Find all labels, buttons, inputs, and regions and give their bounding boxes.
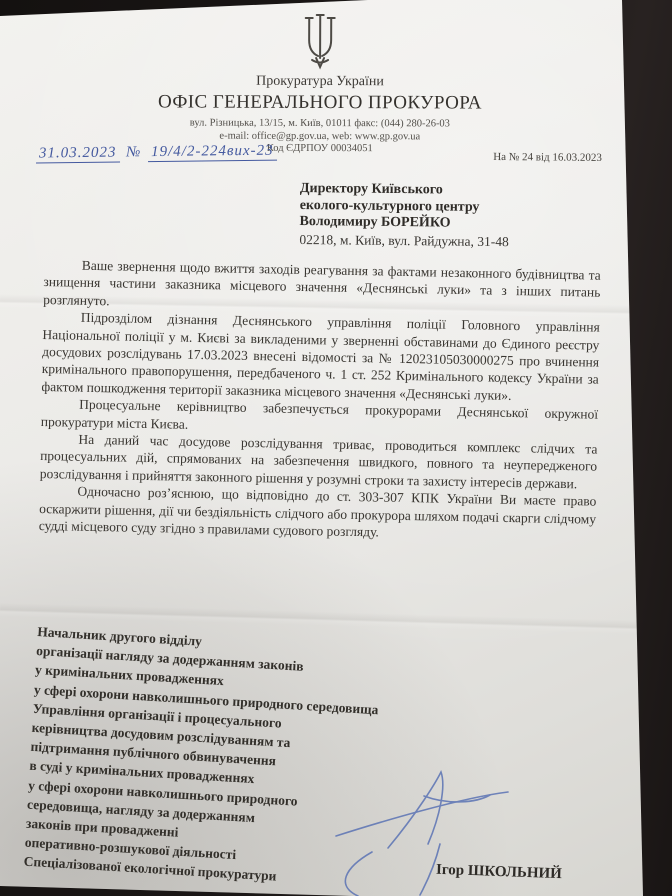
photo-of-letter: Прокуратура України ОФІС ГЕНЕРАЛЬНОГО ПР… [0, 0, 672, 896]
recipient-line: Директору Київського [300, 181, 510, 200]
reference-row: 31.03.2023 № 19/4/2-224вих-23 На № 24 ві… [36, 143, 602, 165]
paragraph: Підрозділом дізнання Деснянського управл… [41, 308, 600, 406]
number-sign: № [126, 144, 141, 160]
letterhead: Прокуратура України ОФІС ГЕНЕРАЛЬНОГО ПР… [0, 11, 640, 157]
handwritten-outgoing-number: 31.03.2023 № 19/4/2-224вих-23 [36, 143, 277, 163]
org-name: Прокуратура України [0, 73, 640, 91]
recipient-name: Володимиру БОРЕЙКО [299, 214, 509, 233]
recipient-address: 02218, м. Київ, вул. Райдужна, 31-48 [299, 231, 509, 250]
handwritten-date: 31.03.2023 [36, 145, 120, 164]
paper-sheet: Прокуратура України ОФІС ГЕНЕРАЛЬНОГО ПР… [0, 0, 672, 896]
reply-reference: На № 24 від 16.03.2023 [493, 147, 602, 164]
recipient-block: Директору Київського еколого-культурного… [299, 181, 509, 250]
office-title: ОФІС ГЕНЕРАЛЬНОГО ПРОКУРОРА [0, 91, 640, 115]
paragraph: Одночасно роз’яснюю, що відповідно до ст… [39, 482, 597, 545]
letter-body: Ваше звернення щодо вжиття заходів реагу… [39, 256, 601, 545]
handwritten-number: 19/4/2-224вих-23 [148, 143, 277, 163]
ukraine-trident-emblem-icon [299, 12, 341, 70]
